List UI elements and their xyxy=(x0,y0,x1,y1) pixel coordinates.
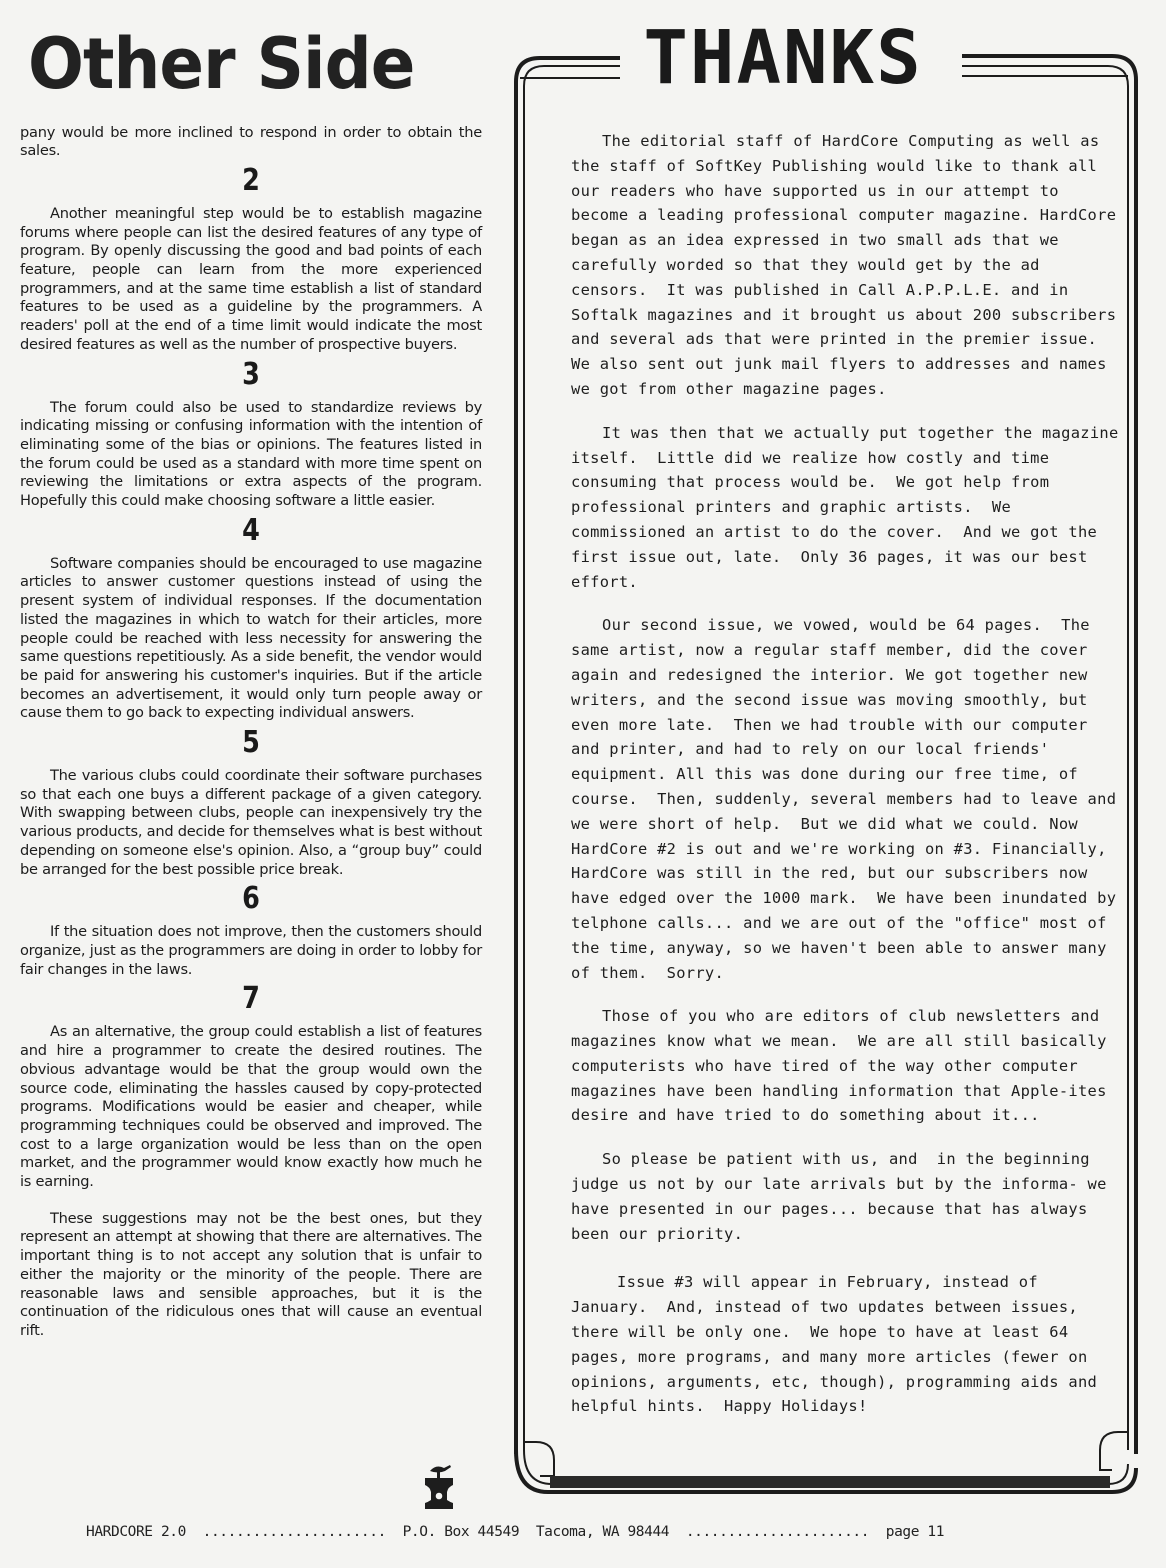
thanks-box: THANKS The editorial staff of HardCore C… xyxy=(500,14,1150,1509)
footer-address: P.O. Box 44549 Tacoma, WA 98444 xyxy=(403,1524,670,1540)
article-title: Other Side xyxy=(28,28,455,102)
section-text-6: If the situation does not improve, then … xyxy=(20,923,482,979)
thanks-paragraph: Issue #3 will appear in February, instea… xyxy=(571,1270,1121,1419)
thanks-title: THANKS xyxy=(618,18,948,98)
thanks-paragraph: The editorial staff of HardCore Computin… xyxy=(571,129,1121,402)
footer-publication: HARDCORE 2.0 xyxy=(86,1524,186,1540)
section-text-2: Another meaningful step would be to esta… xyxy=(20,205,482,355)
footer-page-number: page 11 xyxy=(886,1524,944,1540)
section-number-3: 3 xyxy=(55,357,448,393)
section-text-4: Software companies should be encouraged … xyxy=(20,555,482,723)
apple-anvil-logo-icon xyxy=(422,1462,456,1510)
section-text-5: The various clubs could coordinate their… xyxy=(20,767,482,879)
section-text-3: The forum could also be used to standard… xyxy=(20,399,482,511)
thanks-paragraph: It was then that we actually put togethe… xyxy=(571,421,1121,595)
thanks-paragraph: So please be patient with us, and in the… xyxy=(571,1147,1121,1246)
thanks-paragraph: Our second issue, we vowed, would be 64 … xyxy=(571,613,1121,985)
page-footer: HARDCORE 2.0 ...................... P.O.… xyxy=(86,1524,1136,1540)
thanks-body: The editorial staff of HardCore Computin… xyxy=(571,129,1121,1438)
section-number-5: 5 xyxy=(55,725,448,761)
footer-leader-right: ...................... xyxy=(686,1524,869,1540)
section-number-4: 4 xyxy=(55,513,448,549)
section-number-2: 2 xyxy=(55,163,448,199)
closing-paragraph: These suggestions may not be the best on… xyxy=(20,1210,482,1341)
intro-paragraph: pany would be more inclined to respond i… xyxy=(20,124,482,161)
left-column: Other Side pany would be more inclined t… xyxy=(20,28,482,1341)
footer-leader-left: ...................... xyxy=(203,1524,386,1540)
thanks-paragraph: Those of you who are editors of club new… xyxy=(571,1004,1121,1128)
section-number-7: 7 xyxy=(55,981,448,1017)
section-text-7: As an alternative, the group could estab… xyxy=(20,1023,482,1191)
section-number-6: 6 xyxy=(55,881,448,917)
